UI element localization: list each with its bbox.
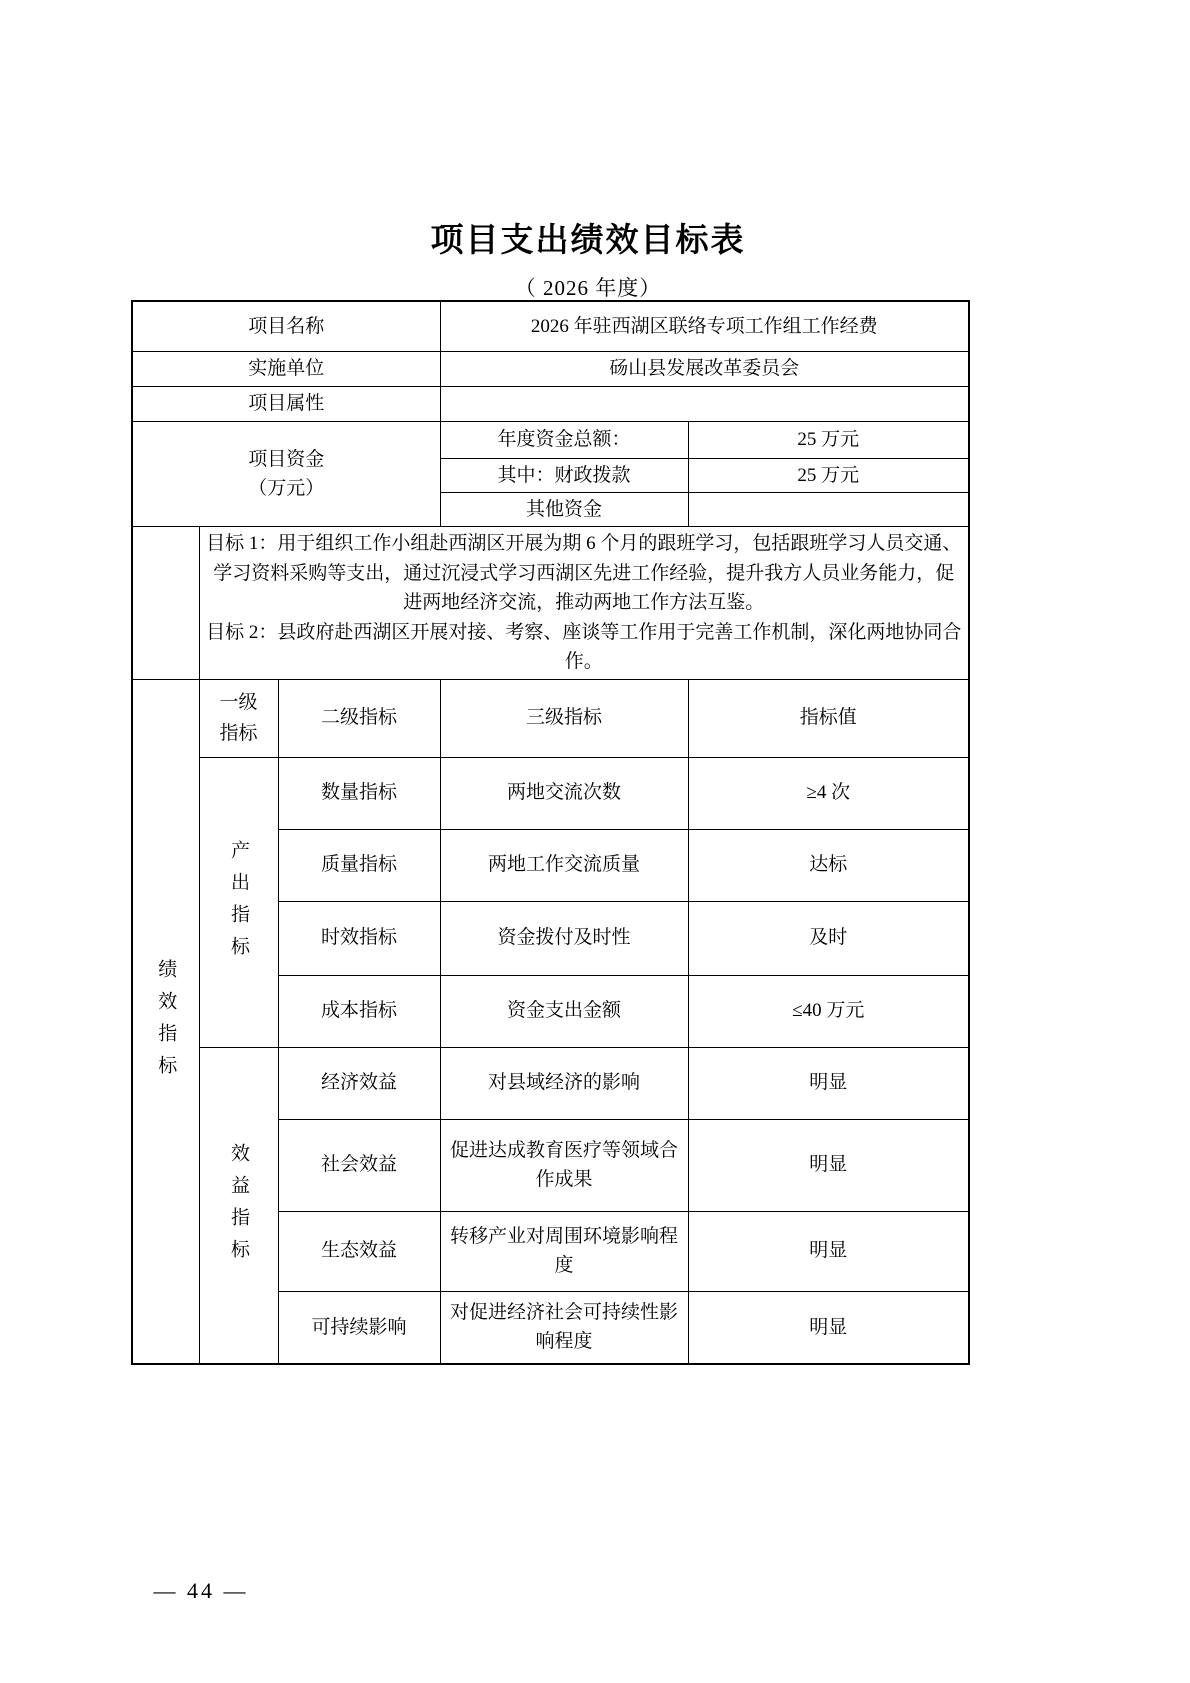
indicator-level2-cell: 生态效益 — [278, 1211, 440, 1291]
indicator-value-cell: ≤40 万元 — [688, 975, 969, 1047]
other-funds-label: 其他资金 — [440, 492, 688, 526]
indicator-level2-cell: 经济效益 — [278, 1047, 440, 1119]
page-number: — 44 — — [131, 1578, 271, 1604]
fiscal-allocation-value: 25 万元 — [688, 458, 969, 492]
table-row: 项目属性 — [132, 386, 969, 421]
indicator-level2-cell: 可持续影响 — [278, 1291, 440, 1364]
table-row: 效益指标 经济效益 对县域经济的影响 明显 — [132, 1047, 969, 1119]
table-row: 目标 1：用于组织工作小组赴西湖区开展为期 6 个月的跟班学习，包括跟班学习人员… — [132, 527, 969, 679]
indicator-level3-cell: 对县域经济的影响 — [440, 1047, 688, 1119]
annual-goals-cell: 目标 1：用于组织工作小组赴西湖区开展为期 6 个月的跟班学习，包括跟班学习人员… — [199, 527, 969, 679]
project-funds-label: 项目资金 （万元） — [132, 421, 440, 527]
annual-total-label: 年度资金总额： — [440, 421, 688, 458]
table-row: 实施单位 砀山县发展改革委员会 — [132, 351, 969, 386]
indicator-value-cell: 及时 — [688, 901, 969, 975]
indicator-level3-cell: 两地交流次数 — [440, 757, 688, 829]
indicator-value-cell: 明显 — [688, 1047, 969, 1119]
output-indicators-vertical-text: 产出指标 — [229, 840, 248, 968]
indicator-level3-cell: 转移产业对周围环境影响程度 — [440, 1211, 688, 1291]
performance-target-table: 项目名称 2026 年驻西湖区联络专项工作组工作经费 实施单位 砀山县发展改革委… — [131, 300, 970, 1365]
level1-indicator-header: 一级指标 — [199, 679, 278, 757]
goal-1-text: 目标 1：用于组织工作小组赴西湖区开展为期 6 个月的跟班学习，包括跟班学习人员… — [206, 529, 963, 617]
project-attribute-label: 项目属性 — [132, 386, 440, 421]
level3-indicator-header: 三级指标 — [440, 679, 688, 757]
indicator-value-cell: ≥4 次 — [688, 757, 969, 829]
output-indicators-group-label: 产出指标 — [199, 757, 278, 1047]
fiscal-allocation-label: 其中：财政拨款 — [440, 458, 688, 492]
indicator-level3-cell: 资金支出金额 — [440, 975, 688, 1047]
indicator-value-cell: 明显 — [688, 1211, 969, 1291]
level1-indicator-header-text: 一级指标 — [216, 687, 262, 750]
goals-left-spacer-cell — [132, 527, 199, 679]
table-row: 项目资金 （万元） 年度资金总额： 25 万元 — [132, 421, 969, 458]
project-attribute-value — [440, 386, 969, 421]
indicator-value-cell: 明显 — [688, 1291, 969, 1364]
table-row: 绩效指标 一级指标 二级指标 三级指标 指标值 — [132, 679, 969, 757]
table-row: 项目名称 2026 年驻西湖区联络专项工作组工作经费 — [132, 301, 969, 351]
performance-indicators-vertical-text: 绩效指标 — [156, 959, 175, 1087]
indicator-level3-cell: 促进达成教育医疗等领域合作成果 — [440, 1119, 688, 1211]
performance-indicators-section-label: 绩效指标 — [132, 679, 199, 1364]
indicator-level3-cell: 资金拨付及时性 — [440, 901, 688, 975]
indicator-level3-cell: 对促进经济社会可持续性影响程度 — [440, 1291, 688, 1364]
benefit-indicators-vertical-text: 效益指标 — [229, 1143, 248, 1271]
goal-2-text: 目标 2：县政府赴西湖区开展对接、考察、座谈等工作用于完善工作机制，深化两地协同… — [206, 618, 963, 677]
document-page: 项目支出绩效目标表 （ 2026 年度） 项目名称 2026 年驻西湖区联络专项… — [0, 0, 1190, 1683]
indicator-value-header: 指标值 — [688, 679, 969, 757]
other-funds-value — [688, 492, 969, 526]
indicator-level2-cell: 社会效益 — [278, 1119, 440, 1211]
implementing-unit-label: 实施单位 — [132, 351, 440, 386]
indicator-value-cell: 明显 — [688, 1119, 969, 1211]
indicator-level3-cell: 两地工作交流质量 — [440, 829, 688, 901]
level2-indicator-header: 二级指标 — [278, 679, 440, 757]
project-name-label: 项目名称 — [132, 301, 440, 351]
indicator-level2-cell: 数量指标 — [278, 757, 440, 829]
indicator-value-cell: 达标 — [688, 829, 969, 901]
table-row: 产出指标 数量指标 两地交流次数 ≥4 次 — [132, 757, 969, 829]
page-title: 项目支出绩效目标表 — [0, 214, 1176, 261]
implementing-unit-value: 砀山县发展改革委员会 — [440, 351, 969, 386]
indicator-level2-cell: 时效指标 — [278, 901, 440, 975]
annual-total-value: 25 万元 — [688, 421, 969, 458]
benefit-indicators-group-label: 效益指标 — [199, 1047, 278, 1364]
project-name-value: 2026 年驻西湖区联络专项工作组工作经费 — [440, 301, 969, 351]
indicator-level2-cell: 成本指标 — [278, 975, 440, 1047]
indicator-level2-cell: 质量指标 — [278, 829, 440, 901]
page-subtitle: （ 2026 年度） — [0, 272, 1176, 302]
